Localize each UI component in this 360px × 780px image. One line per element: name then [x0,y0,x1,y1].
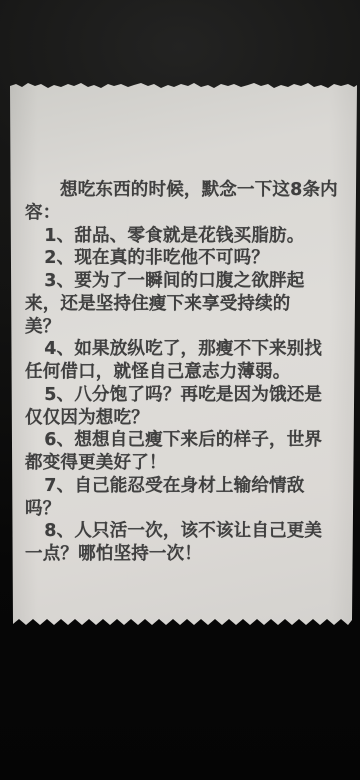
paper-note: 想吃东西的时候，默念一下这8条内 容： 1、甜品、零食就是花钱买脂肪。2、现在真… [10,82,357,625]
note-item: 7、自己能忍受在身材上输给情敌 吗？ [25,475,345,521]
note-item: 4、如果放纵吃了，那瘦不下来别找 任何借口，就怪自己意志力薄弱。 [25,338,345,384]
note-item: 1、甜品、零食就是花钱买脂肪。 [25,225,345,248]
note-item: 2、现在真的非吃他不可吗？ [25,247,345,270]
note-item: 5、八分饱了吗？再吃是因为饿还是 仅仅因为想吃？ [25,384,345,430]
note-item: 8、人只活一次，该不该让自己更美 一点？哪怕坚持一次！ [25,520,345,566]
note-item: 6、想想自己瘦下来后的样子，世界 都变得更美好了！ [25,429,345,475]
photo-background: 想吃东西的时候，默念一下这8条内 容： 1、甜品、零食就是花钱买脂肪。2、现在真… [0,0,360,780]
note-text: 想吃东西的时候，默念一下这8条内 容： 1、甜品、零食就是花钱买脂肪。2、现在真… [10,82,357,566]
note-item: 3、要为了一瞬间的口腹之欲胖起 来，还是坚持住瘦下来享受持续的 美？ [25,270,345,338]
note-intro: 想吃东西的时候，默念一下这8条内 容： [25,179,345,225]
note-items: 1、甜品、零食就是花钱买脂肪。2、现在真的非吃他不可吗？3、要为了一瞬间的口腹之… [25,225,345,566]
